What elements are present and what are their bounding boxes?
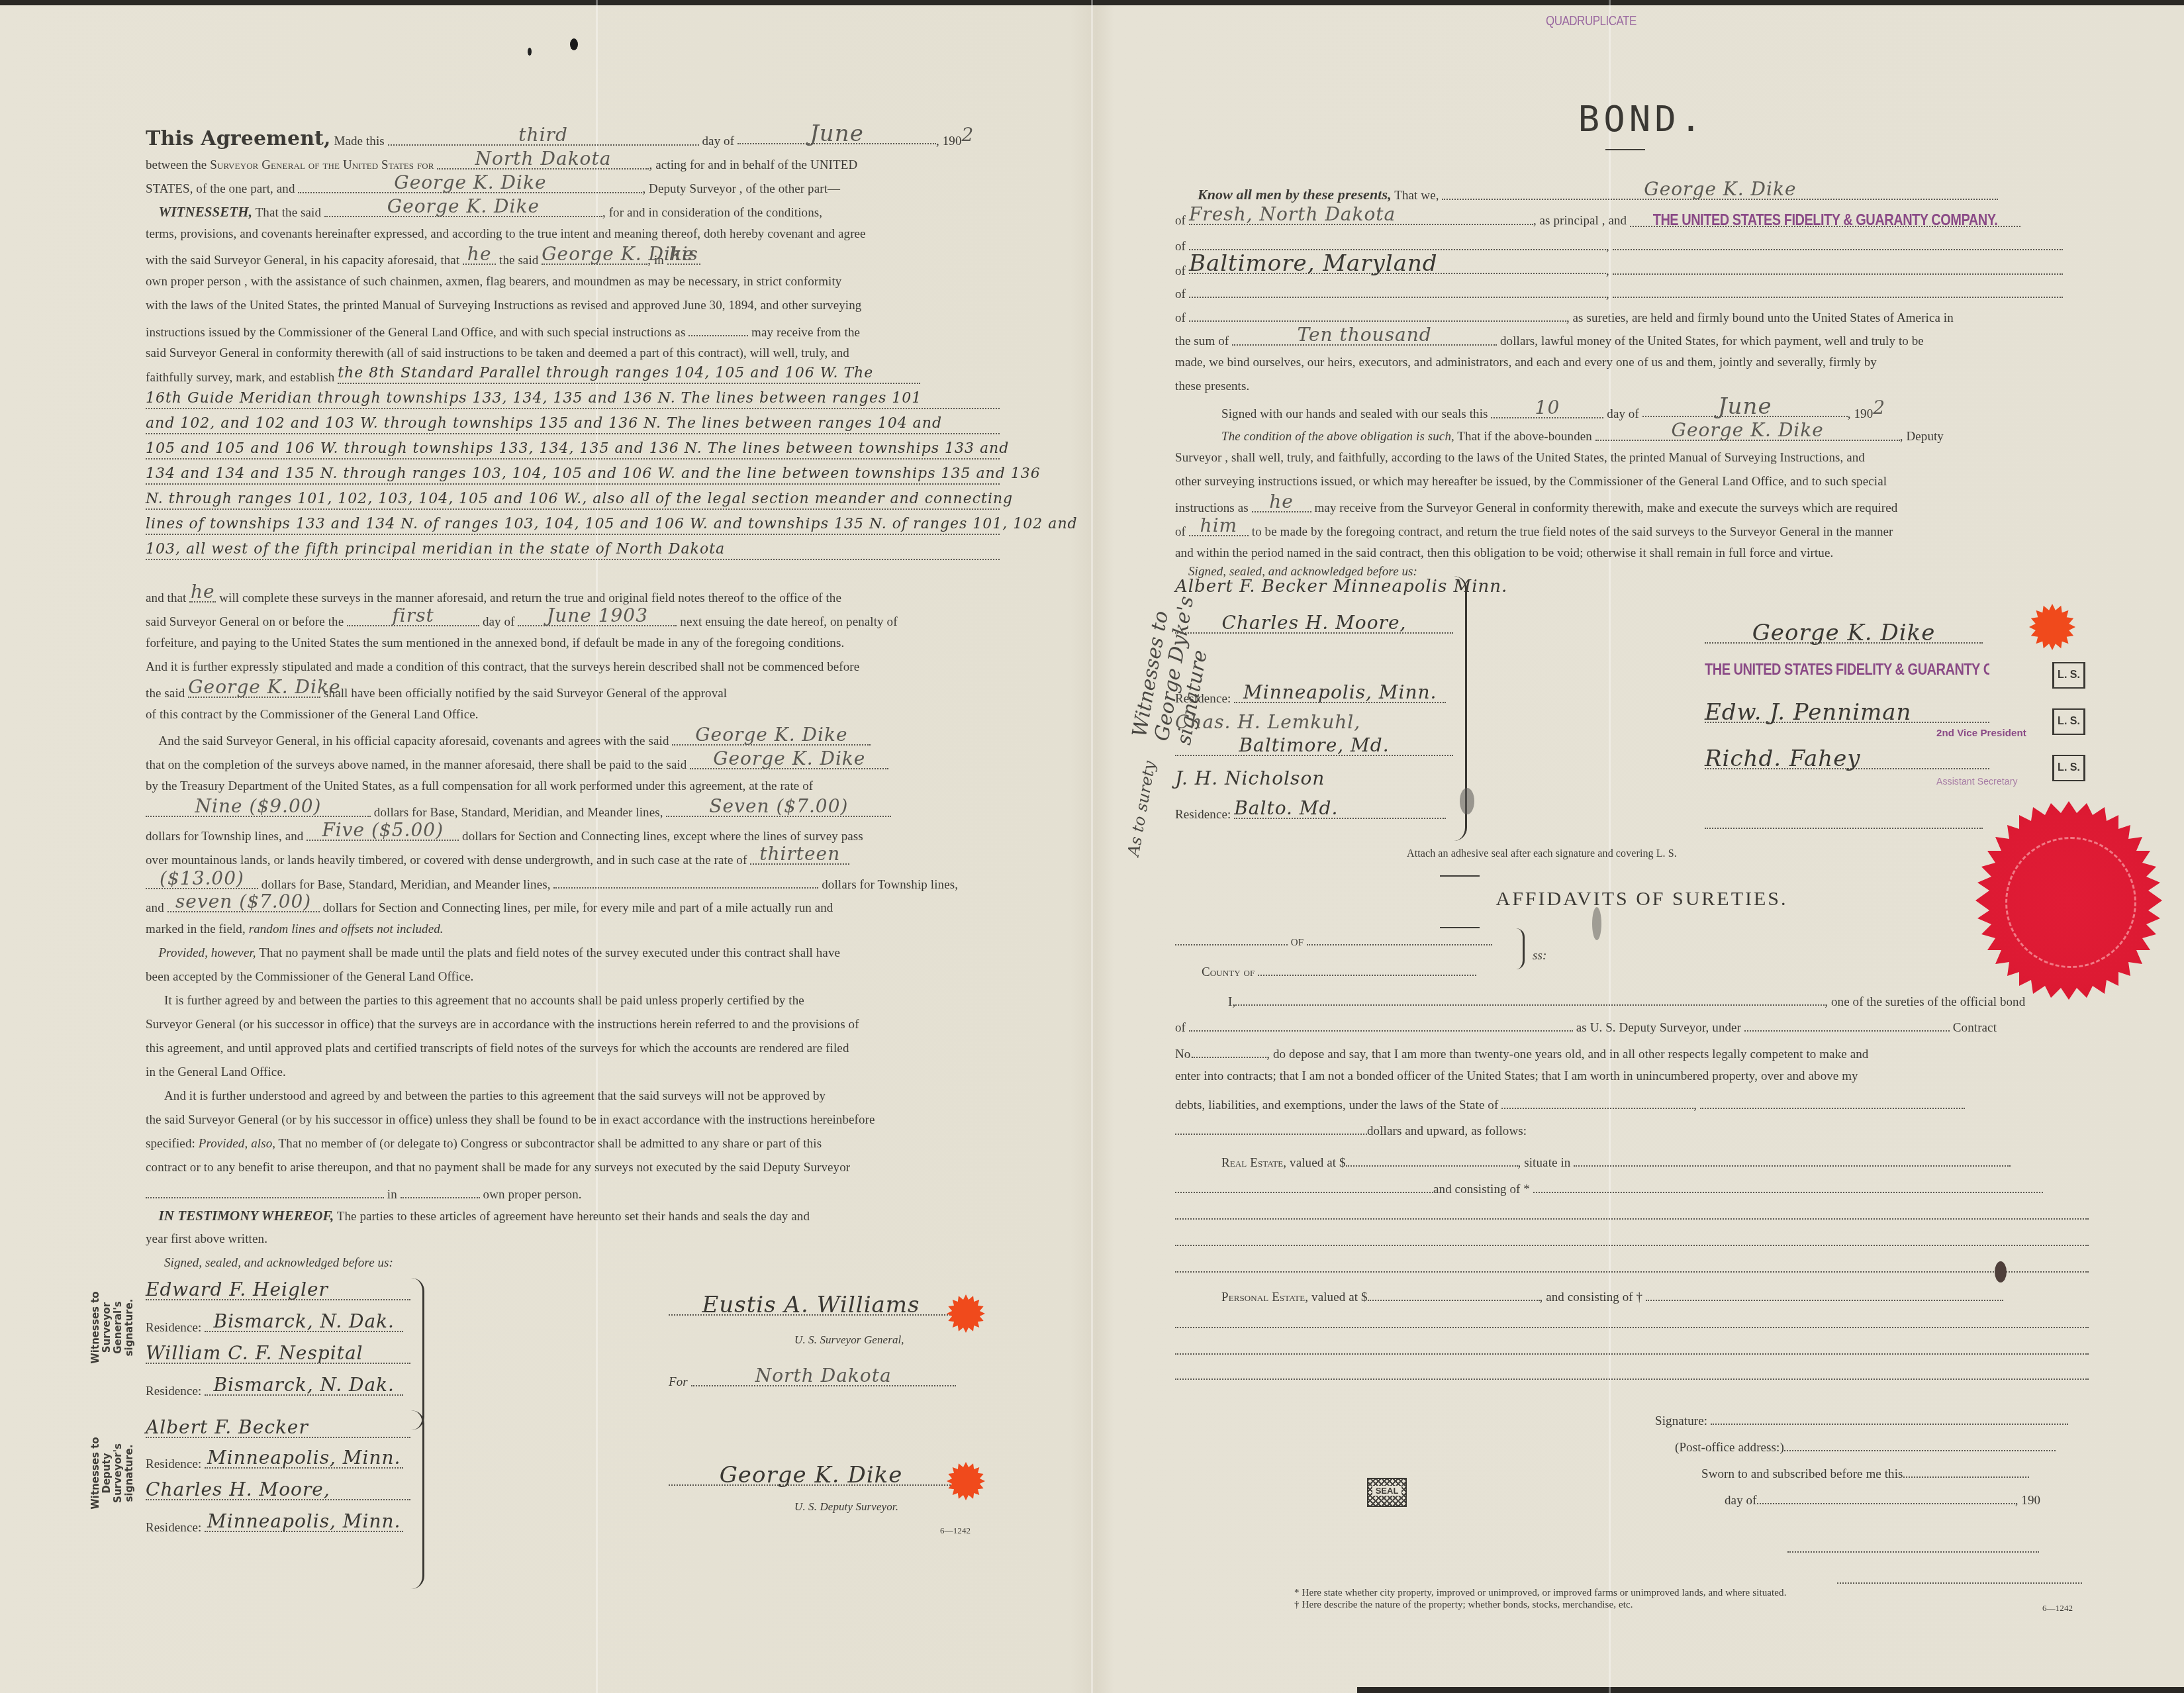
blank-field[interactable] — [401, 1184, 480, 1198]
survey-description-field[interactable]: the 8th Standard Parallel through ranges… — [338, 369, 920, 384]
wax-seal-icon — [947, 1294, 985, 1333]
blank-field[interactable] — [688, 322, 748, 336]
bracket — [410, 1410, 424, 1589]
label: dollars, lawful money of the United Stat… — [1500, 334, 1924, 348]
handwritten-value: Fresh, North Dakota — [1189, 203, 1396, 225]
agreement-text: year first above written. — [146, 1232, 1000, 1247]
for-line: For North Dakota — [669, 1372, 967, 1390]
sg-signature-line: Eustis A. Williams — [669, 1301, 953, 1321]
label: , Deputy — [1900, 430, 1944, 444]
wax-seal-icon — [947, 1462, 985, 1500]
agreement-line-marked: marked in the field, random lines and of… — [146, 922, 1000, 938]
pronoun-field[interactable]: his — [667, 250, 700, 265]
handwritten-value: the 8th Standard Parallel through ranges… — [338, 365, 873, 381]
label: may receive from the — [751, 326, 860, 340]
rate-section-field[interactable]: Five ($5.00) — [307, 826, 459, 841]
seal-label: SEAL — [1372, 1486, 1401, 1496]
label: , acting for and in behalf of the UNITED — [649, 158, 857, 172]
blank-field[interactable] — [1189, 283, 1606, 298]
label: Residence: — [1175, 692, 1231, 706]
footnote-dagger: † Here describe the nature of the proper… — [1294, 1599, 2022, 1611]
label: with the said Surveyor General, in his c… — [146, 254, 459, 267]
blank-field[interactable] — [1175, 1365, 2089, 1380]
ls-box: L. S. — [2052, 662, 2085, 689]
signed-day-field[interactable]: 10 — [1491, 404, 1603, 418]
rate-mtn-base-field[interactable]: thirteen — [750, 850, 849, 865]
label: , as sureties, are held and firmly bound… — [1566, 311, 1954, 325]
blank-field[interactable] — [1613, 283, 2063, 298]
contract-number-field[interactable] — [1194, 1043, 1266, 1058]
state-field[interactable] — [1175, 931, 1288, 945]
blank-line — [1175, 1205, 2109, 1224]
witness-ds-1-residence: Residence: Minneapolis, Minn. — [146, 1454, 424, 1473]
deputy-surveyor-signature: George K. Dike — [720, 1462, 903, 1488]
surety-place-field[interactable]: Baltimore, Maryland — [1189, 260, 1606, 274]
blank-field[interactable] — [1189, 307, 1566, 322]
blank-field[interactable] — [1613, 260, 2063, 275]
surety-name-field[interactable]: THE UNITED STATES FIDELITY & GUARANTY CO… — [1630, 213, 2020, 227]
witness-signature: Charles H. Moore, — [146, 1478, 330, 1500]
center-fold — [1091, 0, 1093, 1693]
witness-sg-1: Edward F. Heigler — [146, 1286, 410, 1304]
ink-blot — [1995, 1261, 2007, 1282]
witness-signature: Baltimore, Md. — [1239, 734, 1389, 756]
blank-field[interactable] — [1175, 1258, 2089, 1273]
label: debts, liabilities, and exemptions, unde… — [1175, 1098, 1498, 1112]
label: that on the completion of the surveys ab… — [146, 758, 687, 772]
agreement-text: Surveyor General (or his successor in of… — [146, 1017, 1000, 1033]
label: That the said — [256, 206, 321, 220]
handwritten-value: he — [1269, 491, 1294, 512]
label: That if the above-bounden — [1457, 430, 1592, 444]
bond-text: made, we bind ourselves, our heirs, exec… — [1175, 355, 2109, 371]
document-sheet: This Agreement, Made this third day of J… — [0, 0, 2184, 1693]
label: Contract — [1953, 1021, 1997, 1035]
post-office-field[interactable] — [1784, 1437, 2056, 1451]
label: and that — [146, 591, 186, 605]
sworn-day-field[interactable] — [1903, 1463, 2029, 1478]
pronoun-field[interactable]: he — [463, 250, 496, 265]
label: Made this — [334, 134, 384, 148]
affidavit-line-3: No., do depose and say, that I am more t… — [1175, 1043, 2109, 1063]
handwritten-value: N. through ranges 101, 102, 103, 104, 10… — [146, 491, 1013, 507]
state-field[interactable] — [1307, 931, 1492, 945]
agreement-line-11: faithfully survey, mark, and establish t… — [146, 369, 1000, 386]
agreement-line-due: said Surveyor General on or before the f… — [146, 612, 1000, 630]
agreement-line-3: STATES, of the one part, and George K. D… — [146, 179, 1000, 197]
deputy-name-field[interactable] — [1189, 1017, 1573, 1032]
label: of — [1175, 525, 1186, 539]
bond-text: these presents. — [1175, 379, 2109, 395]
affidavit-line-2: of as U. S. Deputy Surveyor, under Contr… — [1175, 1017, 2109, 1036]
label: That we, — [1394, 189, 1439, 203]
bounden-name-field[interactable]: George K. Dike — [1595, 426, 1900, 441]
blank-field[interactable] — [1175, 1179, 1433, 1193]
handwritten-value: 10 — [1535, 397, 1560, 418]
agreement-text: of this contract by the Commissioner of … — [146, 707, 1000, 723]
label: Provided, however, — [158, 946, 256, 960]
label: of — [1175, 287, 1186, 301]
label: Signature: — [1655, 1414, 1707, 1428]
rate-mtn-base-field[interactable]: ($13.00) — [146, 875, 258, 889]
label: , 190 — [2015, 1494, 2041, 1508]
label: (Post-office address:) — [1675, 1441, 1784, 1455]
label: will complete these surveys in the manne… — [219, 591, 841, 605]
footnote-star: * Here state whether city property, impr… — [1294, 1587, 2022, 1599]
label: For — [669, 1375, 688, 1389]
venue-state-line: OF — [1175, 931, 1519, 951]
agreement-line-2: between the Surveyor General of the Unit… — [146, 155, 1000, 173]
handwritten-value: Balto. Md. — [1234, 797, 1338, 819]
personal-estate-value-field[interactable] — [1368, 1286, 1540, 1301]
label: United States for — [343, 158, 434, 172]
quadruplicate-stamp: QUADRUPLICATE — [1546, 12, 1718, 31]
label: day of — [483, 615, 515, 629]
label: , for and in consideration of the condit… — [602, 206, 822, 220]
post-office-line: (Post-office address:) — [1675, 1437, 2099, 1456]
witness-signature: J. H. Nicholson — [1175, 767, 1325, 789]
deputy-name-field[interactable]: George K. Dike — [542, 250, 647, 265]
agreement-text: said Surveyor General in conformity ther… — [146, 346, 1000, 362]
handwritten-value: 16th Guide Meridian through townships 13… — [146, 390, 922, 407]
margin-note-surety: As to surety — [1122, 756, 1162, 858]
ds-signature-line: George K. Dike — [669, 1471, 953, 1491]
bond-line-5: of , — [1175, 283, 2109, 303]
label: Provided, also, — [199, 1137, 275, 1151]
label: said Surveyor General on or before the — [146, 615, 344, 629]
sworn-line: Sworn to and subscribed before me this — [1701, 1463, 2099, 1482]
notary-title-field[interactable] — [1837, 1569, 2082, 1584]
sec-signature-line: Richd. Fahey — [1705, 755, 1989, 775]
handwritten-value: North Dakota — [475, 148, 612, 169]
notary-line — [1787, 1538, 2039, 1557]
survey-description-line: 134 and 134 and 135 N. through ranges 10… — [146, 470, 1000, 487]
survey-description-line: 105 and 105 and 106 W. through townships… — [146, 445, 1000, 461]
bond-line-2: of Fresh, North Dakota, as principal , a… — [1175, 211, 2109, 229]
blank-field[interactable] — [1175, 1314, 2089, 1328]
label: , situate in — [1518, 1156, 1571, 1170]
witness-signature: William C. F. Nespital — [146, 1342, 363, 1364]
handwritten-value: his — [669, 243, 698, 265]
agreement-line-notified: the said George K. Dike shall have been … — [146, 683, 1000, 702]
divider — [1440, 927, 1480, 928]
blank-field[interactable] — [1175, 1340, 2089, 1355]
label: random lines and offsets not included. — [249, 922, 444, 936]
handwritten-value: Nine ($9.00) — [195, 795, 322, 817]
agreement-text: It is further agreed by and between the … — [146, 993, 1000, 1009]
testimony-label: IN TESTIMONY WHEREOF, — [158, 1208, 334, 1224]
label: as U. S. Deputy Surveyor, under — [1576, 1021, 1741, 1035]
handwritten-value: Bismarck, N. Dak. — [213, 1310, 395, 1332]
signed-month-field[interactable]: June — [1642, 403, 1848, 417]
label: instructions as — [1175, 501, 1249, 515]
handwritten-value: George K. Dike — [394, 171, 546, 193]
label: , and consisting of † — [1540, 1290, 1643, 1304]
handwritten-value: 103, all west of the fifth principal mer… — [146, 541, 725, 557]
deputy-name-field[interactable]: George K. Dike — [298, 179, 642, 193]
contract-field[interactable] — [1744, 1017, 1950, 1032]
ink-blot — [1592, 907, 1601, 940]
agreement-text: contract or to any benefit to arise ther… — [146, 1160, 1000, 1176]
sworn-month-line: day of, 190 — [1725, 1490, 2095, 1509]
rate-line-1: Nine ($9.00) dollars for Base, Standard,… — [146, 802, 1000, 821]
witnesseth-label: WITNESSETH, — [158, 204, 252, 220]
vp-signature: Edw. J. Penniman — [1705, 699, 1911, 726]
blank-line — [1175, 1340, 2109, 1359]
label: Residence: — [146, 1384, 201, 1398]
sg-title: U. S. Surveyor General, — [794, 1332, 967, 1348]
agreement-line-provided: Provided, however, That no payment shall… — [146, 945, 1000, 961]
blank-line — [1175, 1258, 2109, 1277]
county-field[interactable] — [1258, 961, 1476, 976]
deputy-name-field[interactable]: George K. Dike — [188, 683, 320, 698]
rate-mtn-section-field[interactable]: seven ($7.00) — [167, 898, 320, 912]
handwritten-value: George K. Dike — [713, 748, 865, 769]
label: Residence: — [1175, 808, 1231, 822]
affidavit-line-1: I,, one of the sureties of the official … — [1175, 991, 2109, 1010]
personal-estate-line: Personal Estate, valued at $, and consis… — [1175, 1286, 2109, 1306]
label: dollars for Section and Connecting lines… — [462, 830, 863, 844]
label: instructions issued by the Commissioner … — [146, 326, 685, 340]
bond-line-1: Know all men by these presents, That we,… — [1175, 185, 2109, 204]
label: day of — [1725, 1494, 1757, 1508]
label: , Deputy Surveyor , of the other part— — [642, 182, 840, 196]
handwritten-value: he — [467, 243, 492, 265]
sworn-month-field[interactable] — [1757, 1490, 2015, 1504]
handwritten-value: Ten thousand — [1297, 324, 1431, 346]
signed-sealed-label: Signed, sealed, and acknowledged before … — [146, 1255, 1000, 1271]
label: may receive from the Surveyor General in… — [1314, 501, 1897, 515]
label: Real Estate, — [1221, 1156, 1286, 1170]
bond-text: and within the period named in the said … — [1175, 546, 2109, 561]
bond-line-instructions: instructions as he may receive from the … — [1175, 498, 2109, 516]
principal-name-field[interactable]: George K. Dike — [1442, 185, 1998, 200]
label: of — [1175, 214, 1186, 228]
label: of — [1175, 311, 1186, 325]
label: the sum of — [1175, 334, 1229, 348]
attach-seal-note: Attach an adhesive seal after each signa… — [1407, 846, 1804, 862]
bond-witness-2: Charles H. Moore, — [1175, 619, 1453, 638]
divider — [1605, 149, 1645, 150]
bond-title: BOND. — [1175, 98, 2109, 140]
handwritten-value: seven ($7.00) — [175, 891, 311, 912]
witness-sg-2: William C. F. Nespital — [146, 1349, 410, 1368]
witness-ds-label: Witnesses to Deputy Surveyor's signature… — [90, 1424, 135, 1523]
principal-signature-line: George K. Dike — [1705, 629, 1983, 649]
label: dollars for Section and Connecting lines… — [322, 901, 833, 915]
affidavit-line-state: debts, liabilities, and exemptions, unde… — [1175, 1094, 2109, 1114]
witness-signature: Albert F. Becker — [146, 1416, 309, 1438]
handwritten-value: Baltimore, Maryland — [1189, 250, 1438, 277]
label: of — [1175, 1021, 1186, 1035]
bond-witness-4: J. H. Nicholson — [1175, 775, 1453, 793]
handwritten-value: George K. Dike — [387, 195, 540, 217]
label: Signed with our hands and sealed with ou… — [1221, 407, 1488, 421]
label: of — [1175, 264, 1186, 278]
bond-line-condition: The condition of the above obligation is… — [1175, 426, 2109, 445]
state-field[interactable]: North Dakota — [437, 155, 649, 169]
pronoun-field[interactable]: him — [1189, 522, 1249, 536]
survey-description-line: 16th Guide Meridian through townships 13… — [146, 395, 1000, 411]
notary-seal-icon: SEAL — [1367, 1478, 1407, 1507]
label: marked in the field, — [146, 922, 246, 936]
situate-field[interactable] — [1574, 1152, 2011, 1167]
label: 190 — [1854, 407, 1873, 421]
deputy-name-field[interactable]: George K. Dike — [324, 203, 602, 217]
due-month-field[interactable]: June 1903 — [518, 612, 677, 626]
blank-signature-line — [1705, 814, 1989, 834]
label: Surveyor General of the — [210, 158, 340, 172]
label: over mountainous lands, or lands heavily… — [146, 853, 747, 867]
agreement-line-1: This Agreement, Made this third day of J… — [146, 130, 1000, 150]
handwritten-value: North Dakota — [755, 1365, 892, 1386]
blank-field[interactable] — [1613, 236, 2063, 250]
label: Personal Estate, — [1221, 1290, 1308, 1304]
label: STATES, of the one part, and — [146, 182, 295, 196]
agreement-line-9: instructions issued by the Commissioner … — [146, 322, 1000, 341]
handwritten-value: and 102, and 102 and 103 W. through town… — [146, 415, 942, 432]
vp-title-stamp: 2nd Vice President — [1936, 726, 2056, 742]
rate-mtn-township-field[interactable] — [553, 874, 818, 889]
know-all-heading: Know all men by these presents, — [1198, 186, 1392, 203]
affidavit-line-dollars: dollars and upward, as follows: — [1175, 1120, 2109, 1139]
handwritten-value: George K. Dike — [695, 724, 847, 746]
handwritten-value: Bismarck, N. Dak. — [213, 1374, 395, 1396]
affidavit-text: enter into contracts; that I am not a bo… — [1175, 1069, 2109, 1085]
deputy-name-field[interactable]: George K. Dike — [672, 731, 871, 746]
amount-field[interactable] — [1700, 1094, 1965, 1109]
rate-line-3: over mountainous lands, or lands heavily… — [146, 850, 1000, 869]
witness-sg-2-residence: Residence: Bismarck, N. Dak. — [146, 1381, 424, 1400]
company-stamp: THE UNITED STATES FIDELITY & GUARANTY CO… — [1705, 662, 1989, 679]
label: County of — [1202, 965, 1255, 979]
label: dollars for Base, Standard, Meridian, an… — [261, 878, 551, 892]
rate-line-5: and seven ($7.00) dollars for Section an… — [146, 898, 1000, 916]
label: 190 — [943, 134, 962, 148]
month-field[interactable]: June — [737, 130, 936, 144]
label: , as principal , and — [1533, 214, 1627, 228]
wax-seal-icon — [2029, 604, 2075, 650]
ink-blot — [1460, 788, 1474, 814]
handwritten-value: Minneapolis, Minn. — [207, 1510, 401, 1532]
agreement-text: And it is further understood and agreed … — [146, 1088, 1000, 1104]
handwritten-value: June 1903 — [547, 605, 648, 626]
surety-name-field[interactable] — [1235, 991, 1825, 1006]
rate-township-field[interactable]: Seven ($7.00) — [666, 802, 891, 817]
secretary-signature: Richd. Fahey — [1705, 746, 1861, 772]
label: day of — [1607, 407, 1639, 421]
handwritten-value: first — [392, 605, 434, 626]
agreement-text: own proper person , with the assistance … — [146, 274, 1000, 290]
handwritten-value: 134 and 134 and 135 N. through ranges 10… — [146, 465, 1041, 482]
divider — [1440, 875, 1480, 877]
label: between the — [146, 158, 207, 172]
pronoun-field[interactable]: he — [1252, 498, 1311, 512]
label: faithfully survey, mark, and establish — [146, 371, 334, 385]
bracket — [410, 1278, 424, 1430]
handwritten-value: June — [810, 121, 864, 147]
ls-box: L. S. — [2052, 755, 2085, 781]
witness-sg-label: Witnesses to Surveyor General's signatur… — [90, 1278, 135, 1377]
agreement-line-6: with the said Surveyor General, in his c… — [146, 250, 1000, 269]
agreement-line-complete: and that he will complete these surveys … — [146, 588, 1000, 606]
handwritten-value: thirteen — [759, 843, 840, 865]
agreement-line-testimony: IN TESTIMONY WHEREOF, The parties to the… — [146, 1208, 1000, 1225]
label: No. — [1175, 1047, 1194, 1061]
notary-signature-field[interactable] — [1787, 1538, 2039, 1553]
label: and consisting of * — [1433, 1183, 1530, 1196]
label: next ensuing the date hereof, on penalty… — [680, 615, 897, 629]
label: the said — [499, 254, 538, 267]
witness-signature: Albert F. Becker Minneapolis Minn. — [1175, 577, 1507, 597]
handwritten-value: ($13.00) — [160, 867, 244, 889]
deputy-name-field[interactable]: George K. Dike — [690, 755, 888, 769]
consisting-field[interactable] — [1533, 1179, 2043, 1193]
bond-witness-3b: Baltimore, Md. — [1175, 742, 1453, 760]
label: OF — [1291, 938, 1304, 948]
bond-witness-residence-1: Residence: Minneapolis, Minn. — [1175, 689, 1453, 707]
agreement-text: with the laws of the United States, the … — [146, 298, 1000, 314]
handwritten-value: him — [1200, 514, 1238, 536]
label: of — [1175, 240, 1186, 254]
notary-title-line — [1837, 1569, 2089, 1588]
principal-place-field[interactable]: Fresh, North Dakota — [1189, 211, 1533, 225]
sum-field[interactable]: Ten thousand — [1232, 331, 1497, 346]
day-field[interactable]: third — [388, 131, 699, 146]
witness-ds-2-residence: Residence: Minneapolis, Minn. — [146, 1518, 424, 1536]
consisting-field[interactable] — [1646, 1286, 2003, 1301]
agreement-text: And it is further expressly stipulated a… — [146, 659, 1000, 675]
label: And the said Surveyor General, in his of… — [158, 734, 669, 748]
handwritten-value: June — [1718, 393, 1772, 420]
handwritten-value: Minneapolis, Minn. — [207, 1447, 401, 1469]
agreement-line-covenants: And the said Surveyor General, in his of… — [146, 731, 1000, 750]
label: in — [387, 1188, 397, 1202]
blank-line — [1175, 1314, 2109, 1333]
company-stamp-line: THE UNITED STATES FIDELITY & GUARANTY CO… — [1705, 662, 1989, 679]
label: valued at $ — [1290, 1156, 1345, 1170]
bond-line-him: of him to be made by the foregoing contr… — [1175, 522, 2109, 540]
label: valued at $ — [1311, 1290, 1367, 1304]
signature-field[interactable] — [1711, 1410, 2068, 1425]
rate-base-field[interactable]: Nine ($9.00) — [146, 802, 371, 817]
amount-field[interactable] — [1175, 1120, 1367, 1135]
blank-field[interactable] — [146, 1184, 384, 1198]
pronoun-field[interactable]: he — [189, 588, 216, 603]
state-field[interactable] — [1501, 1094, 1693, 1109]
label: specified: — [146, 1137, 195, 1151]
surety-company-stamp: THE UNITED STATES FIDELITY & GUARANTY CO… — [1653, 211, 1998, 230]
blank-field[interactable] — [1175, 1205, 2089, 1220]
witness-signature: Chas. H. Lemkuhl, — [1175, 711, 1360, 733]
label: the said — [146, 687, 185, 701]
handwritten-value: George K. Dike — [1672, 419, 1824, 441]
blank-field[interactable] — [1175, 1232, 2089, 1246]
blank-field[interactable] — [1189, 236, 1606, 250]
agreement-line-own: in own proper person. — [146, 1184, 1000, 1203]
agreement-text: in the General Land Office. — [146, 1065, 1000, 1081]
agreement-text: the said Surveyor General (or by his suc… — [146, 1112, 1000, 1128]
handwritten-value: George K. Dike — [188, 676, 340, 698]
agreement-text: terms, provisions, and covenants hereina… — [146, 226, 1000, 242]
real-estate-value-field[interactable] — [1346, 1152, 1518, 1167]
label: Sworn to and subscribed before me this — [1701, 1467, 1903, 1481]
witness-signature: Edward F. Heigler — [146, 1279, 328, 1300]
label: That no payment shall be made until the … — [259, 946, 840, 960]
agreement-text: by the Treasury Department of the United… — [146, 779, 1000, 795]
due-day-field[interactable]: first — [347, 612, 479, 626]
label: shall have been officially notified by t… — [324, 687, 727, 701]
